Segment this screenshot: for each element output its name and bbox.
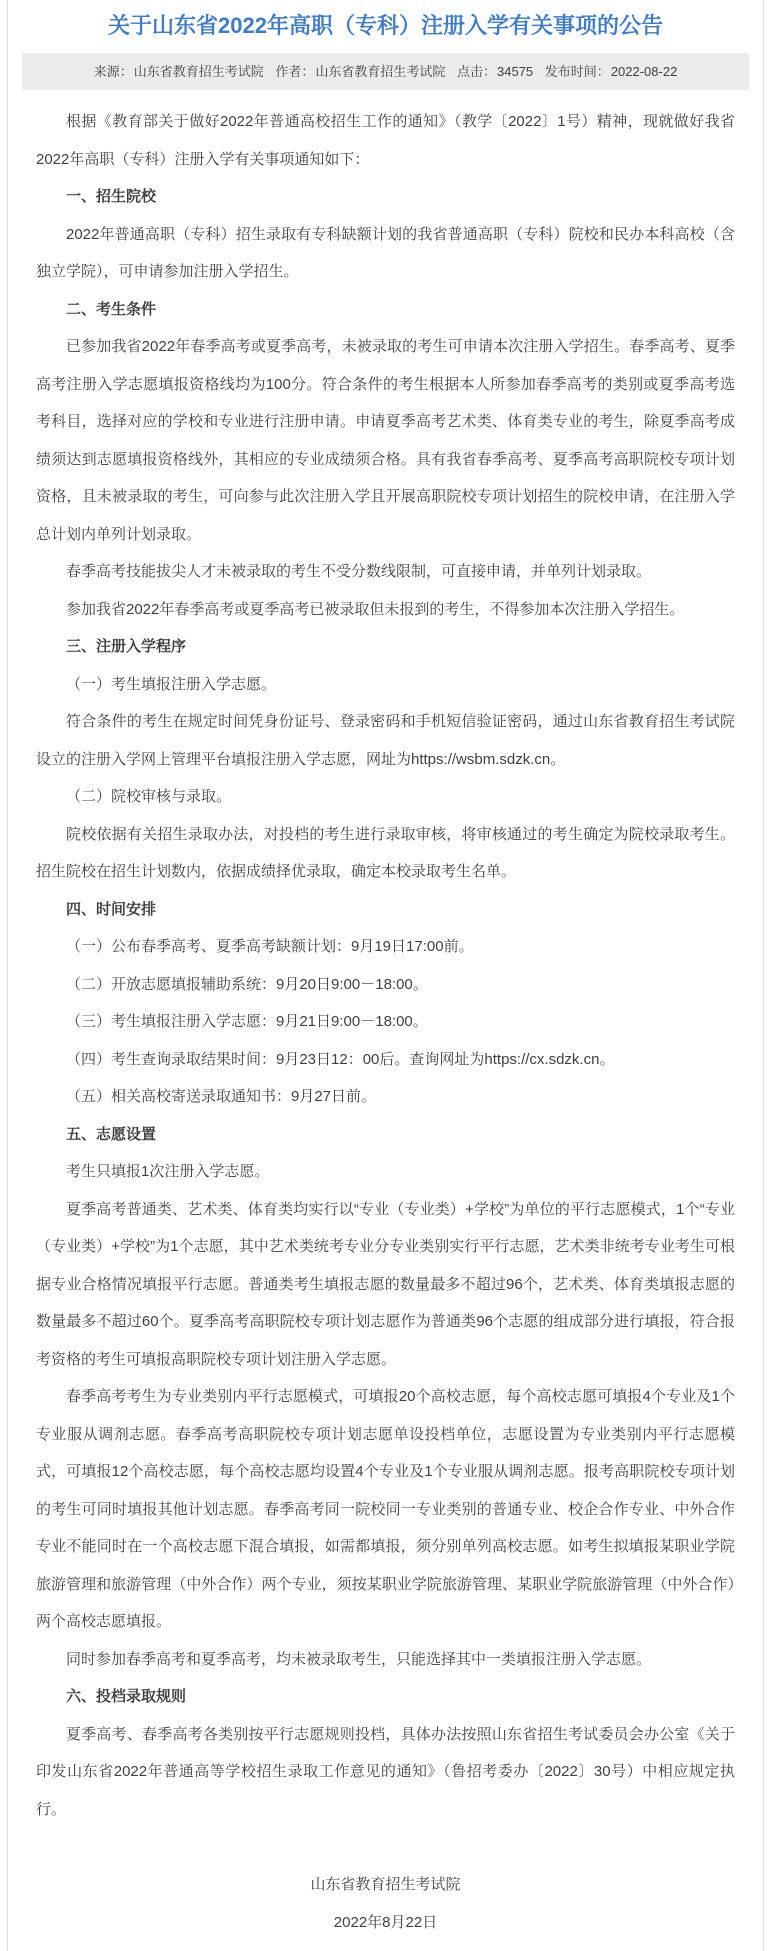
- paragraph: （一）公布春季高考、夏季高考缺额计划：9月19日17:00前。: [36, 928, 735, 966]
- paragraph: （一）考生填报注册入学志愿。: [36, 666, 735, 704]
- paragraph: （三）考生填报注册入学志愿：9月21日9:00－18:00。: [36, 1003, 735, 1041]
- article-meta-bar: 来源：山东省教育招生考试院 作者：山东省教育招生考试院 点击：34575 发布时…: [22, 53, 749, 90]
- signature-date: 2022年8月22日: [8, 1904, 763, 1942]
- meta-author-value: 山东省教育招生考试院: [315, 64, 445, 79]
- meta-clicks-label: 点击：: [457, 64, 496, 79]
- section-heading: 六、投档录取规则: [36, 1678, 735, 1716]
- section-heading: 四、时间安排: [36, 891, 735, 929]
- paragraph: （四）考生查询录取结果时间：9月23日12：00后。查询网址为https://c…: [36, 1041, 735, 1079]
- meta-published-label: 发布时间：: [545, 64, 610, 79]
- paragraph: 符合条件的考生在规定时间凭身份证号、登录密码和手机短信验证密码，通过山东省教育招…: [36, 703, 735, 778]
- paragraph: （二）院校审核与录取。: [36, 778, 735, 816]
- section-heading: 二、考生条件: [36, 291, 735, 329]
- paragraph: 考生只填报1次注册入学志愿。: [36, 1153, 735, 1191]
- paragraph: 已参加我省2022年春季高考或夏季高考，未被录取的考生可申请本次注册入学招生。春…: [36, 328, 735, 553]
- paragraph: 春季高考技能拔尖人才未被录取的考生不受分数线限制，可直接申请，并单列计划录取。: [36, 553, 735, 591]
- paragraph: 2022年普通高职（专科）招生录取有专科缺额计划的我省普通高职（专科）院校和民办…: [36, 216, 735, 291]
- paragraph: 同时参加春季高考和夏季高考，均未被录取考生，只能选择其中一类填报注册入学志愿。: [36, 1641, 735, 1679]
- meta-clicks: 点击：34575: [457, 53, 533, 90]
- meta-source: 来源：山东省教育招生考试院: [94, 53, 264, 90]
- meta-source-value: 山东省教育招生考试院: [134, 64, 264, 79]
- meta-author-label: 作者：: [275, 64, 314, 79]
- meta-source-label: 来源：: [94, 64, 133, 79]
- section-heading: 三、注册入学程序: [36, 628, 735, 666]
- paragraph: 院校依据有关招生录取办法，对投档的考生进行录取审核，将审核通过的考生确定为院校录…: [36, 816, 735, 891]
- signature-org: 山东省教育招生考试院: [8, 1866, 763, 1904]
- section-heading: 一、招生院校: [36, 178, 735, 216]
- meta-author: 作者：山东省教育招生考试院: [275, 53, 445, 90]
- announcement-page: 关于山东省2022年高职（专科）注册入学有关事项的公告 来源：山东省教育招生考试…: [0, 0, 771, 1951]
- paragraph: 夏季高考、春季高考各类别按平行志愿规则投档，具体办法按照山东省招生考试委员会办公…: [36, 1716, 735, 1829]
- signature-block: 山东省教育招生考试院 2022年8月22日: [8, 1866, 763, 1941]
- section-heading: 五、志愿设置: [36, 1116, 735, 1154]
- paragraph: （五）相关高校寄送录取通知书：9月27日前。: [36, 1078, 735, 1116]
- meta-published: 发布时间：2022-08-22: [545, 53, 678, 90]
- paragraph: 参加我省2022年春季高考或夏季高考已被录取但未报到的考生，不得参加本次注册入学…: [36, 591, 735, 629]
- paragraph: 夏季高考普通类、艺术类、体育类均实行以“专业（专业类）+学校”为单位的平行志愿模…: [36, 1191, 735, 1379]
- article-body: 根据《教育部关于做好2022年普通高校招生工作的通知》（教学〔2022〕1号）精…: [8, 90, 763, 1828]
- meta-published-value: 2022-08-22: [611, 64, 678, 79]
- page-title: 关于山东省2022年高职（专科）注册入学有关事项的公告: [8, 0, 763, 44]
- paragraph: （二）开放志愿填报辅助系统：9月20日9:00－18:00。: [36, 966, 735, 1004]
- paragraph: 根据《教育部关于做好2022年普通高校招生工作的通知》（教学〔2022〕1号）精…: [36, 103, 735, 178]
- article-container: 关于山东省2022年高职（专科）注册入学有关事项的公告 来源：山东省教育招生考试…: [7, 0, 764, 1951]
- meta-clicks-value: 34575: [497, 64, 533, 79]
- paragraph: 春季高考考生为专业类别内平行志愿模式，可填报20个高校志愿，每个高校志愿可填报4…: [36, 1378, 735, 1641]
